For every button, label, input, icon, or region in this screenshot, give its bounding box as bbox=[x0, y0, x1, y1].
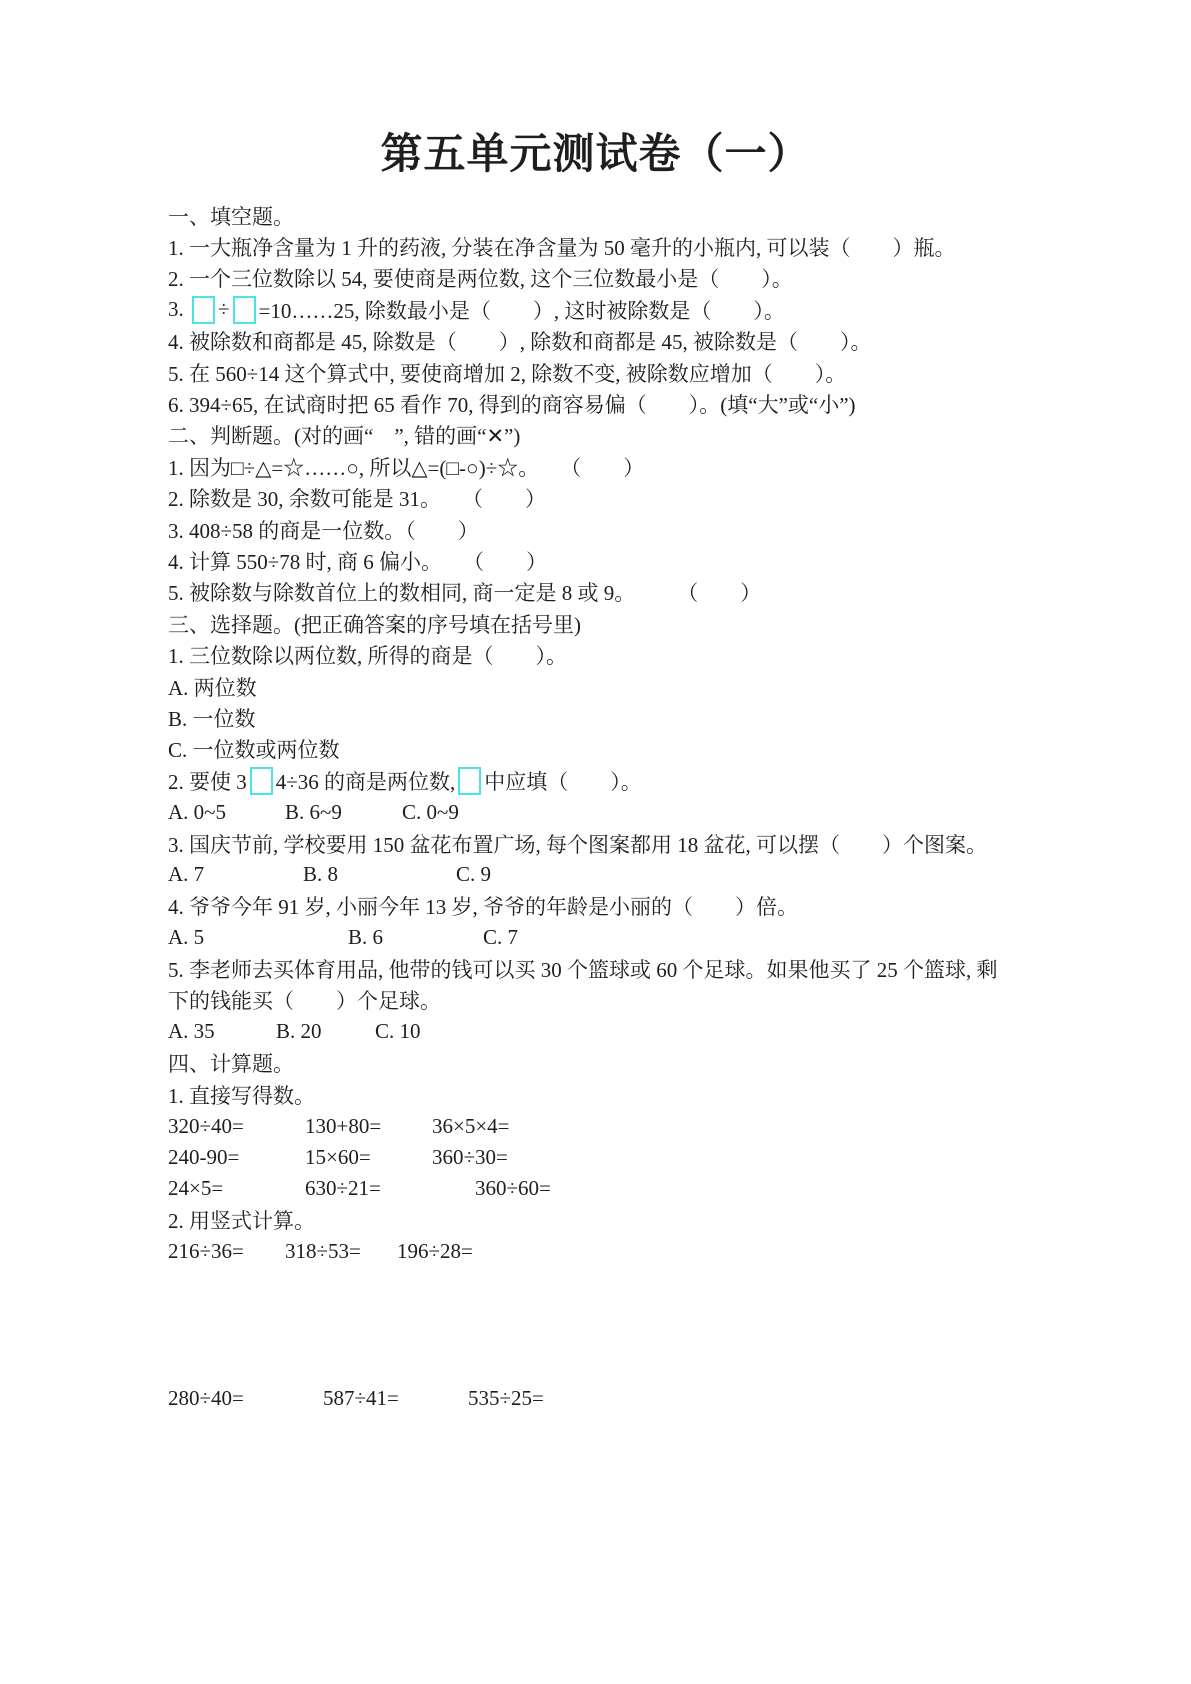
fill-q3-operator: ÷ bbox=[218, 297, 230, 322]
calc-cell: 24×5= bbox=[168, 1176, 305, 1201]
choice-q1-option-b: B. 一位数 bbox=[168, 702, 1071, 733]
calc-cell: 318÷53= bbox=[285, 1239, 397, 1264]
choice-q2-suffix: 中应填（ ）。 bbox=[484, 766, 642, 796]
fill-q2: 2. 一个三位数除以 54, 要使商是两位数, 这个三位数最小是（ ）。 bbox=[168, 263, 1071, 294]
choice-q2-options: A. 0~5 B. 6~9 C. 0~9 bbox=[168, 796, 1071, 827]
calc-cell: 240-90= bbox=[168, 1145, 305, 1170]
choice-q2: 2. 要使 3 4÷36 的商是两位数, 中应填（ ）。 bbox=[168, 765, 1071, 796]
judge-q4: 4. 计算 550÷78 时, 商 6 偏小。 （ ） bbox=[168, 545, 1071, 576]
calc-sub2-heading: 2. 用竖式计算。 bbox=[168, 1205, 1071, 1236]
choice-q5-line1: 5. 李老师去买体育用品, 他带的钱可以买 30 个篮球或 60 个足球。如果他… bbox=[168, 953, 1071, 984]
calc-sub1-heading: 1. 直接写得数。 bbox=[168, 1079, 1071, 1110]
judge-q5: 5. 被除数与除数首位上的数相同, 商一定是 8 或 9。 （ ） bbox=[168, 577, 1071, 608]
option-cell: B. 6~9 bbox=[285, 800, 402, 825]
fill-q1: 1. 一大瓶净含量为 1 升的药液, 分装在净含量为 50 毫升的小瓶内, 可以… bbox=[168, 231, 1071, 262]
fill-q3-prefix: 3. bbox=[168, 297, 189, 322]
section-fill-heading: 一、填空题。 bbox=[168, 200, 1071, 231]
judge-q2: 2. 除数是 30, 余数可能是 31。 （ ） bbox=[168, 483, 1071, 514]
calc-cell: 535÷25= bbox=[468, 1386, 544, 1411]
option-cell: C. 7 bbox=[483, 925, 518, 950]
calc-cell: 36×5×4= bbox=[432, 1114, 510, 1139]
option-cell: A. 7 bbox=[168, 862, 303, 887]
oral-calc-row: 240-90= 15×60= 360÷30= bbox=[168, 1142, 1071, 1173]
choice-q5-line2: 下的钱能买（ ）个足球。 bbox=[168, 985, 1071, 1016]
calc-cell: 587÷41= bbox=[323, 1386, 468, 1411]
choice-q2-mid: 4÷36 的商是两位数, bbox=[276, 766, 456, 796]
calc-cell: 130+80= bbox=[305, 1114, 432, 1139]
fill-q3: 3. ÷ =10……25, 除数最小是（ ）, 这时被除数是（ ）。 bbox=[168, 294, 1071, 325]
choice-q5-options: A. 35 B. 20 C. 10 bbox=[168, 1016, 1071, 1047]
calc-cell: 216÷36= bbox=[168, 1239, 285, 1264]
judge-q1: 1. 因为□÷△=☆……○, 所以△=(□-○)÷☆。 （ ） bbox=[168, 451, 1071, 482]
oral-calc-row: 24×5= 630÷21= 360÷60= bbox=[168, 1173, 1071, 1204]
choice-q3: 3. 国庆节前, 学校要用 150 盆花布置广场, 每个图案都用 18 盆花, … bbox=[168, 828, 1071, 859]
choice-q1-option-a: A. 两位数 bbox=[168, 671, 1071, 702]
choice-q3-options: A. 7 B. 8 C. 9 bbox=[168, 859, 1071, 890]
calc-cell: 630÷21= bbox=[305, 1176, 475, 1201]
section-judge-heading: 二、判断题。(对的画“ ”, 错的画“✕”) bbox=[168, 420, 1071, 451]
choice-q1-option-c: C. 一位数或两位数 bbox=[168, 734, 1071, 765]
option-cell: A. 0~5 bbox=[168, 800, 285, 825]
section-choice-heading: 三、选择题。(把正确答案的序号填在括号里) bbox=[168, 608, 1071, 639]
option-cell: C. 10 bbox=[375, 1019, 421, 1044]
answer-box bbox=[192, 296, 215, 324]
option-cell: C. 0~9 bbox=[402, 800, 519, 825]
fill-q5: 5. 在 560÷14 这个算式中, 要使商增加 2, 除数不变, 被除数应增加… bbox=[168, 357, 1071, 388]
judge-q3: 3. 408÷58 的商是一位数。（ ） bbox=[168, 514, 1071, 545]
option-cell: B. 8 bbox=[303, 862, 456, 887]
answer-box bbox=[233, 296, 256, 324]
choice-q4: 4. 爷爷今年 91 岁, 小丽今年 13 岁, 爷爷的年龄是小丽的（ ）倍。 bbox=[168, 891, 1071, 922]
answer-box bbox=[250, 767, 273, 795]
vertical-calc-row: 280÷40= 587÷41= 535÷25= bbox=[168, 1383, 1071, 1414]
choice-q1: 1. 三位数除以两位数, 所得的商是（ ）。 bbox=[168, 639, 1071, 670]
doc-title: 第五单元测试卷（一） bbox=[0, 0, 1191, 184]
option-cell: A. 35 bbox=[168, 1019, 276, 1044]
calc-cell: 320÷40= bbox=[168, 1114, 305, 1139]
choice-q4-options: A. 5 B. 6 C. 7 bbox=[168, 922, 1071, 953]
calc-cell: 360÷30= bbox=[432, 1145, 508, 1170]
calc-cell: 280÷40= bbox=[168, 1386, 323, 1411]
fill-q4: 4. 被除数和商都是 45, 除数是（ ）, 除数和商都是 45, 被除数是（ … bbox=[168, 326, 1071, 357]
oral-calc-row: 320÷40= 130+80= 36×5×4= bbox=[168, 1110, 1071, 1141]
section-calc-heading: 四、计算题。 bbox=[168, 1048, 1071, 1079]
calc-cell: 15×60= bbox=[305, 1145, 432, 1170]
fill-q3-suffix: =10……25, 除数最小是（ ）, 这时被除数是（ ）。 bbox=[259, 295, 785, 325]
worksheet-page: 第五单元测试卷（一） 一、填空题。 1. 一大瓶净含量为 1 升的药液, 分装在… bbox=[0, 0, 1191, 1684]
option-cell: C. 9 bbox=[456, 862, 491, 887]
vertical-calc-row: 216÷36= 318÷53= 196÷28= bbox=[168, 1236, 1071, 1267]
option-cell: A. 5 bbox=[168, 925, 348, 950]
option-cell: B. 6 bbox=[348, 925, 483, 950]
choice-q2-prefix: 2. 要使 3 bbox=[168, 766, 247, 796]
worksheet-body: 一、填空题。 1. 一大瓶净含量为 1 升的药液, 分装在净含量为 50 毫升的… bbox=[0, 200, 1191, 1415]
calc-cell: 196÷28= bbox=[397, 1239, 473, 1264]
option-cell: B. 20 bbox=[276, 1019, 375, 1044]
answer-box bbox=[458, 767, 481, 795]
fill-q6: 6. 394÷65, 在试商时把 65 看作 70, 得到的商容易偏（ ）。(填… bbox=[168, 388, 1071, 419]
calc-cell: 360÷60= bbox=[475, 1176, 551, 1201]
